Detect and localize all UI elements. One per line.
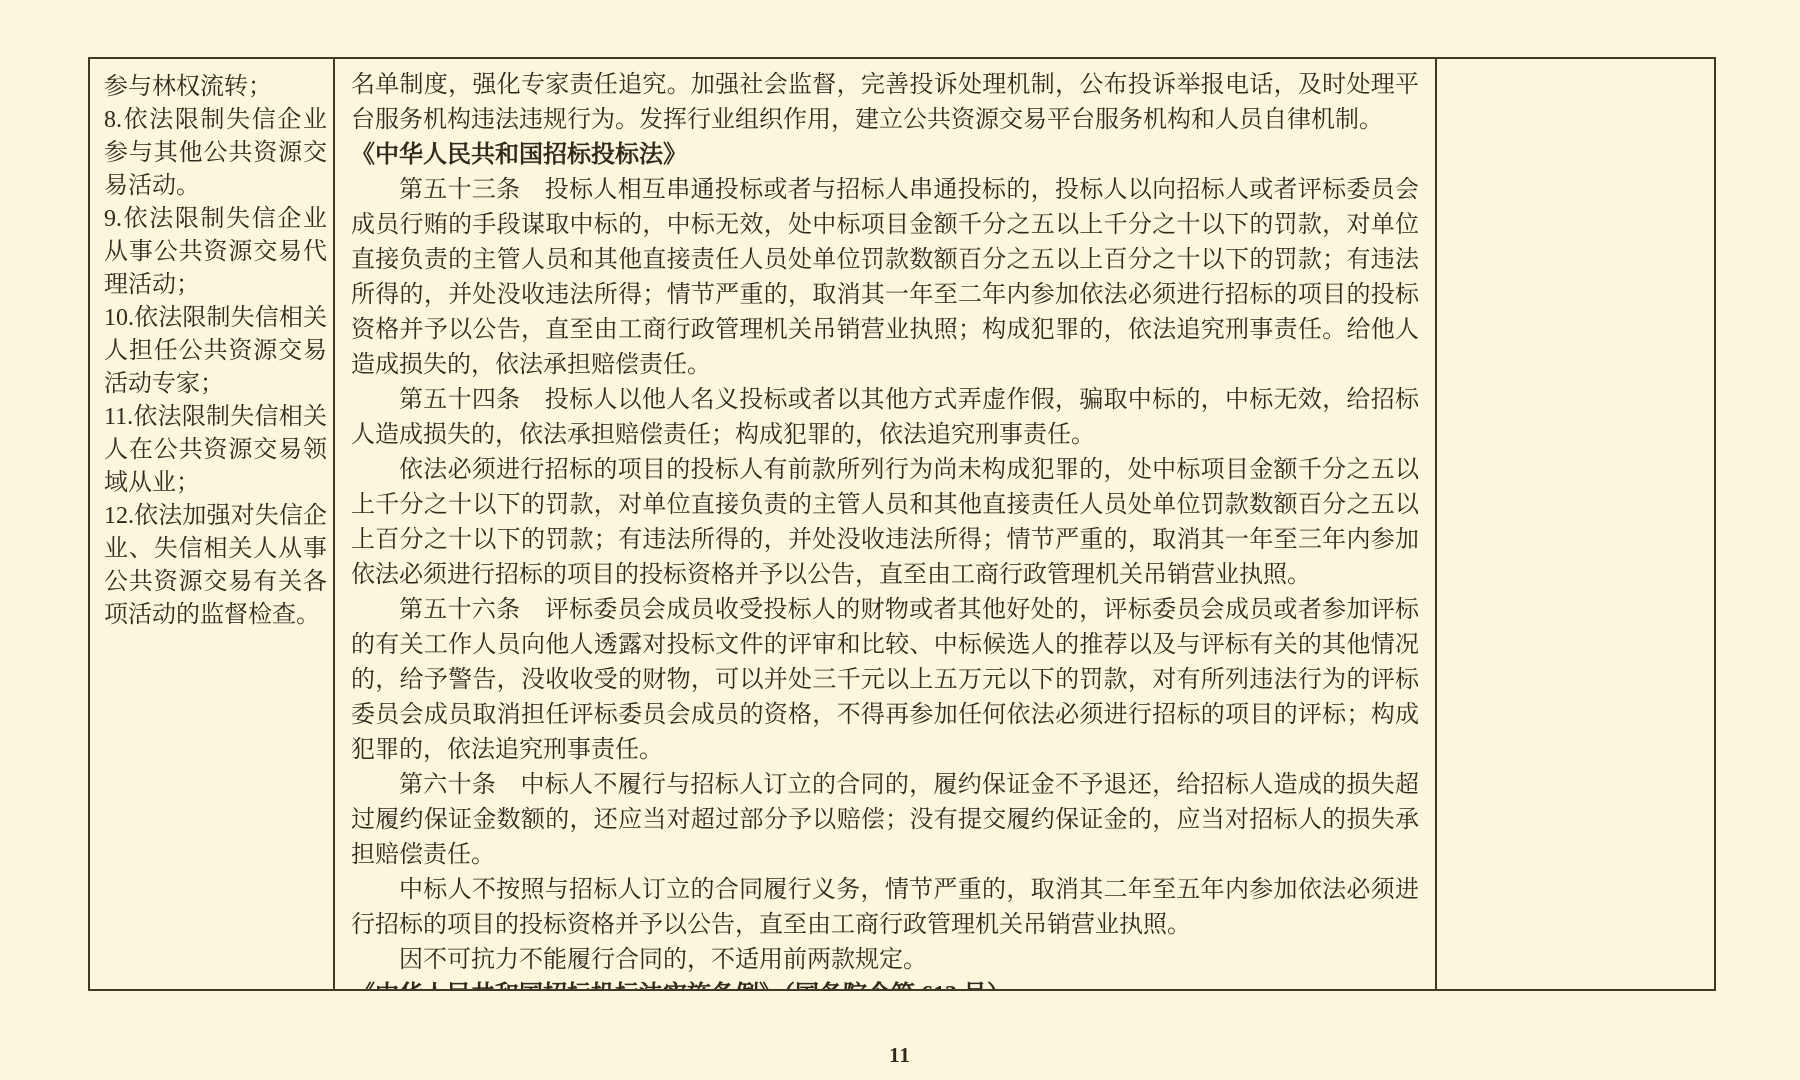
law-text-paragraph: 中标人不按照与招标人订立的合同履行义务，情节严重的，取消其二年至五年内参加依法必… xyxy=(351,873,1419,943)
law-text-paragraph: 依法必须进行招标的项目的投标人有前款所列行为尚未构成犯罪的，处中标项目金额千分之… xyxy=(351,453,1419,593)
law-text-paragraph: 第五十四条 投标人以他人名义投标或者以其他方式弄虚作假，骗取中标的，中标无效，给… xyxy=(351,383,1419,453)
left-column-item: 9.依法限制失信企业从事公共资源交易代理活动； xyxy=(104,203,327,302)
law-text-paragraph: 第五十六条 评标委员会成员收受投标人的财物或者其他好处的，评标委员会成员或者参加… xyxy=(351,593,1419,768)
left-column: 参与林权流转；8.依法限制失信企业参与其他公共资源交易活动。9.依法限制失信企业… xyxy=(90,59,335,989)
law-text-paragraph: 名单制度，强化专家责任追究。加强社会监督，完善投诉处理机制，公布投诉举报电话，及… xyxy=(351,68,1419,138)
left-column-item: 参与林权流转； xyxy=(104,71,327,104)
page-number: 11 xyxy=(0,1043,1800,1068)
left-column-item: 10.依法限制失信相关人担任公共资源交易活动专家； xyxy=(104,302,327,401)
left-column-item: 8.依法限制失信企业参与其他公共资源交易活动。 xyxy=(104,104,327,203)
law-text-paragraph: 因不可抗力不能履行合同的，不适用前两款规定。 xyxy=(351,943,1419,978)
document-table: 参与林权流转；8.依法限制失信企业参与其他公共资源交易活动。9.依法限制失信企业… xyxy=(88,57,1716,991)
law-text-paragraph: 第六十条 中标人不履行与招标人订立的合同的，履约保证金不予退还，给招标人造成的损… xyxy=(351,768,1419,873)
main-column: 名单制度，强化专家责任追究。加强社会监督，完善投诉处理机制，公布投诉举报电话，及… xyxy=(335,59,1437,989)
law-title-paragraph: 《中华人民共和国招标投标法实施条例》（国务院令第 613 号） xyxy=(351,978,1419,989)
law-title-paragraph: 《中华人民共和国招标投标法》 xyxy=(351,138,1419,173)
left-column-item: 11.依法限制失信相关人在公共资源交易领域从业； xyxy=(104,401,327,500)
law-text-paragraph: 第五十三条 投标人相互串通投标或者与招标人串通投标的，投标人以向招标人或者评标委… xyxy=(351,173,1419,383)
left-column-item: 12.依法加强对失信企业、失信相关人从事公共资源交易有关各项活动的监督检查。 xyxy=(104,500,327,632)
document-page: 参与林权流转；8.依法限制失信企业参与其他公共资源交易活动。9.依法限制失信企业… xyxy=(0,0,1800,1080)
right-column xyxy=(1437,59,1714,989)
